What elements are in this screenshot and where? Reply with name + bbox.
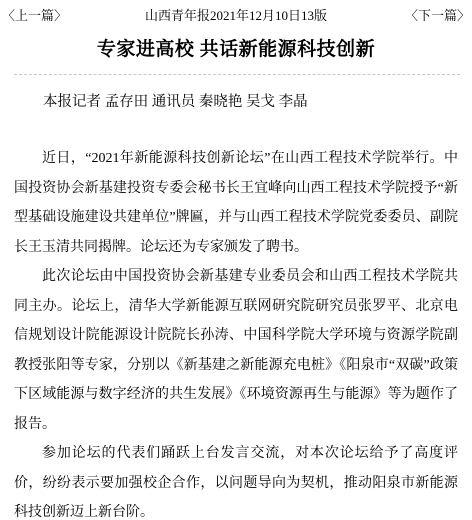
article-body: 近日，“2021年新能源科技创新论坛”在山西工程技术学院举行。中国投资协会新基建… xyxy=(14,144,458,520)
title-divider xyxy=(14,74,460,75)
article-page: 〈上一篇〉 山西青年报2021年12月10日13版 〈下一篇〉 专家进高校 共话… xyxy=(0,0,472,520)
article-paragraph: 此次论坛由中国投资协会新基建专业委员会和山西工程技术学院共同主办。论坛上，清华大… xyxy=(14,262,458,439)
article-paragraph: 参加论坛的代表们踊跃上台发言交流，对本次论坛给予了高度评价，纷纷表示要加强校企合… xyxy=(14,439,458,520)
article-nav-bar: 〈上一篇〉 山西青年报2021年12月10日13版 〈下一篇〉 xyxy=(0,0,472,23)
article-title: 专家进高校 共话新能源科技创新 xyxy=(10,38,462,62)
article-paragraph: 近日，“2021年新能源科技创新论坛”在山西工程技术学院举行。中国投资协会新基建… xyxy=(14,144,458,262)
prev-article-link[interactable]: 〈上一篇〉 xyxy=(2,8,67,23)
newspaper-edition-label: 山西青年报2021年12月10日13版 xyxy=(67,8,405,23)
next-article-link[interactable]: 〈下一篇〉 xyxy=(405,8,470,23)
article-byline: 本报记者 孟存田 通讯员 秦晓艳 吴戈 李晶 xyxy=(14,95,458,110)
